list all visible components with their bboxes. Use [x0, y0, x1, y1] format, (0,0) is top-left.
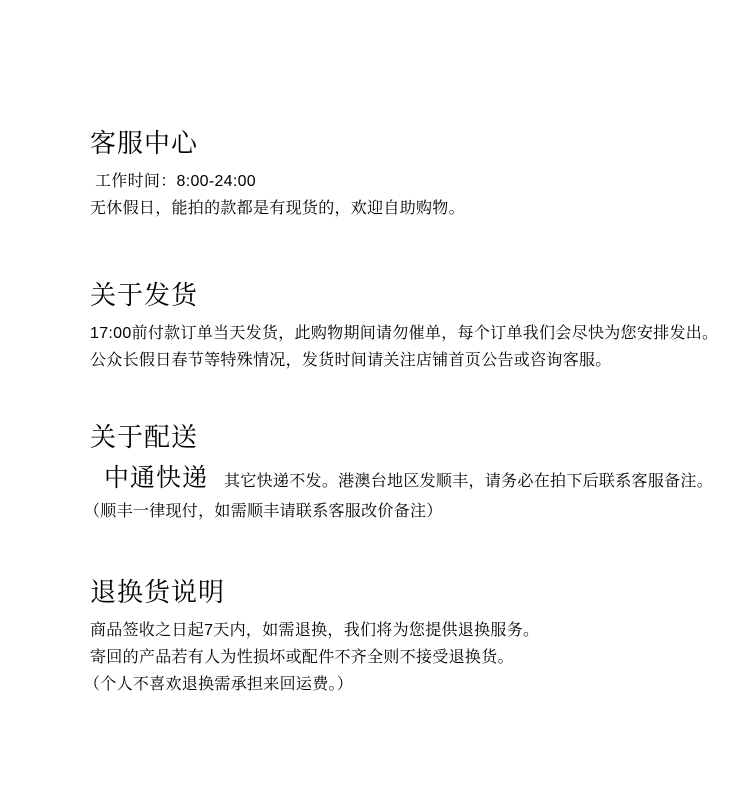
section-title-shipping: 关于发货	[90, 278, 710, 312]
section-title-returns: 退换货说明	[90, 575, 710, 609]
working-hours-line: 工作时间：8:00-24:00	[90, 168, 710, 195]
return-window-line: 商品签收之日起7天内，如需退换，我们将为您提供退换服务。	[90, 617, 710, 644]
shop-notice-page: 客服中心 工作时间：8:00-24:00 无休假日，能拍的款都是有现货的，欢迎自…	[0, 0, 750, 802]
section-returns: 退换货说明 商品签收之日起7天内，如需退换，我们将为您提供退换服务。 寄回的产品…	[90, 575, 710, 698]
section-customer-service: 客服中心 工作时间：8:00-24:00 无休假日，能拍的款都是有现货的，欢迎自…	[90, 126, 710, 222]
sf-express-note-line: （顺丰一律现付，如需顺丰请联系客服改价备注）	[84, 498, 710, 525]
courier-line: 中通快递其它快递不发。港澳台地区发顺丰，请务必在拍下后联系客服备注。	[104, 462, 710, 498]
self-service-line: 无休假日，能拍的款都是有现货的，欢迎自助购物。	[90, 195, 710, 222]
section-shipping: 关于发货 17:00前付款订单当天发货，此购物期间请勿催单，每个订单我们会尽快为…	[90, 278, 710, 374]
section-delivery: 关于配送 中通快递其它快递不发。港澳台地区发顺丰，请务必在拍下后联系客服备注。 …	[90, 420, 710, 525]
section-title-customer-service: 客服中心	[90, 126, 710, 160]
section-title-delivery: 关于配送	[90, 420, 710, 454]
return-condition-line: 寄回的产品若有人为性损坏或配件不齐全则不接受退换货。	[90, 644, 710, 671]
holiday-notice-line: 公众长假日春节等特殊情况，发货时间请关注店铺首页公告或咨询客服。	[90, 347, 710, 374]
shipping-cutoff-line: 17:00前付款订单当天发货，此购物期间请勿催单，每个订单我们会尽快为您安排发出…	[90, 320, 710, 347]
return-freight-line: （个人不喜欢退换需承担来回运费。）	[84, 671, 710, 698]
courier-name: 中通快递	[104, 464, 208, 492]
courier-note: 其它快递不发。港澳台地区发顺丰，请务必在拍下后联系客服备注。	[224, 473, 713, 490]
